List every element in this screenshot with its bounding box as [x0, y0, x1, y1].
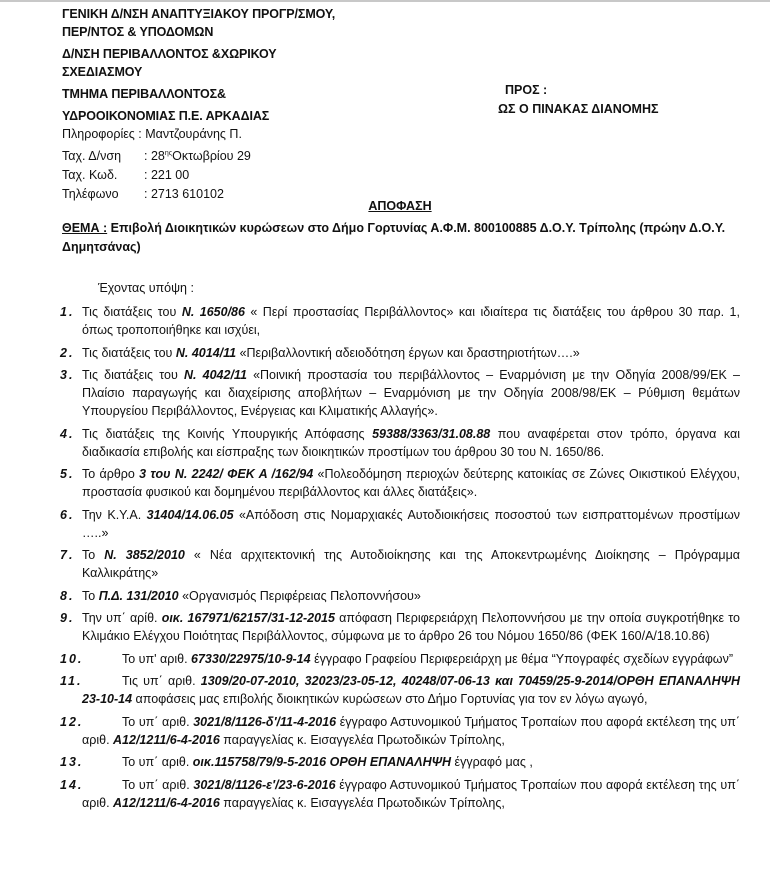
list-item: 5.Το άρθρο 3 του Ν. 2242/ ΦΕΚ Α /162/94 …	[60, 465, 740, 501]
top-border	[0, 0, 770, 2]
subject-line: ΘΕΜΑ : Επιβολή Διοικητικών κυρώσεων στο …	[62, 219, 742, 257]
list-item: 6.Την Κ.Υ.Α. 31404/14.06.05 «Απόδοση στι…	[60, 506, 740, 542]
item-text-run: Το	[82, 548, 104, 562]
considerations-intro: Έχοντας υπόψη :	[98, 281, 194, 295]
item-text: Το Ν. 3852/2010 « Νέα αρχιτεκτονική της …	[82, 546, 740, 582]
considerations-list: 1.Τις διατάξεις του Ν. 1650/86 « Περί πρ…	[60, 303, 740, 816]
org-line: ΣΧΕΔΙΑΣΜΟΥ	[62, 63, 422, 81]
recipient-value: ΩΣ Ο ΠΙΝΑΚΑΣ ΔΙΑΝΟΜΗΣ	[498, 100, 659, 119]
issuing-authority: ΓΕΝΙΚΗ Δ/ΝΣΗ ΑΝΑΠΤΥΞΙΑΚΟΥ ΠΡΟΓΡ/ΣΜΟΥ, ΠΕ…	[62, 5, 422, 204]
legal-reference: 3 του Ν. 2242/ ΦΕΚ Α /162/94	[139, 467, 313, 481]
info-label: Πληροφορίες :	[62, 127, 142, 141]
item-text: Το υπ' αριθ. 67330/22975/10-9-14 έγγραφο…	[82, 650, 740, 668]
address-label: Ταχ. Δ/νση	[62, 147, 144, 166]
item-text: Το υπ΄ αριθ. οικ.115758/79/9-5-2016 ΟΡΘΗ…	[82, 753, 740, 771]
postcode-value: : 221 00	[144, 168, 189, 182]
item-text-run: «Περιβαλλοντική αδειοδότηση έργων και δρ…	[236, 346, 580, 360]
item-text-run: Τις υπ΄ αριθ.	[122, 674, 201, 688]
list-item: 1.Τις διατάξεις του Ν. 1650/86 « Περί πρ…	[60, 303, 740, 339]
item-text: Τις διατάξεις του Ν. 4042/11 «Ποινική πρ…	[82, 366, 740, 420]
org-line: ΠΕΡ/ΝΤΟΣ & ΥΠΟΔΟΜΩΝ	[62, 23, 422, 41]
list-item: 14.Το υπ΄ αριθ. 3021/8/1126-ε′/23-6-2016…	[60, 776, 740, 812]
postcode-label: Ταχ. Κωδ.	[62, 166, 144, 185]
legal-reference: 31404/14.06.05	[147, 508, 234, 522]
list-item: 8.Το Π.Δ. 131/2010 «Οργανισμός Περιφέρει…	[60, 587, 740, 605]
item-text-run: Το άρθρο	[82, 467, 139, 481]
item-number: 14.	[60, 776, 83, 794]
item-text-run: Τις διατάξεις του	[82, 346, 176, 360]
item-text: Το υπ΄ αριθ. 3021/8/1126-ε′/23-6-2016 έγ…	[82, 776, 740, 812]
item-number: 6.	[60, 506, 74, 524]
postcode-row: Ταχ. Κωδ.: 221 00	[62, 166, 422, 185]
item-text: Την Κ.Υ.Α. 31404/14.06.05 «Απόδοση στις …	[82, 506, 740, 542]
item-number: 7.	[60, 546, 74, 564]
item-text-run: Το	[82, 589, 99, 603]
legal-reference: 3021/8/1126-δ′/11-4-2016	[193, 715, 336, 729]
item-number: 10.	[60, 650, 83, 668]
item-text-run: Τις διατάξεις του	[82, 368, 184, 382]
item-text-run: Τις διατάξεις της Κοινής Υπουργικής Απόφ…	[82, 427, 372, 441]
item-number: 2.	[60, 344, 74, 362]
item-number: 11.	[60, 672, 82, 690]
list-item: 2.Τις διατάξεις του Ν. 4014/11 «Περιβαλλ…	[60, 344, 740, 362]
item-number: 4.	[60, 425, 74, 443]
item-number: 8.	[60, 587, 74, 605]
item-text-run: Το υπ' αριθ.	[122, 652, 191, 666]
item-text-run: Τις διατάξεις του	[82, 305, 182, 319]
contact-info: Πληροφορίες : Μαντζουράνης Π. Ταχ. Δ/νση…	[62, 125, 422, 204]
subject-text: Επιβολή Διοικητικών κυρώσεων στο Δήμο Γο…	[62, 221, 725, 254]
org-line: ΓΕΝΙΚΗ Δ/ΝΣΗ ΑΝΑΠΤΥΞΙΑΚΟΥ ΠΡΟΓΡ/ΣΜΟΥ,	[62, 5, 422, 23]
item-text-run: Το υπ΄ αριθ.	[122, 755, 193, 769]
item-number: 3.	[60, 366, 74, 384]
item-text: Τις διατάξεις του Ν. 4014/11 «Περιβαλλον…	[82, 344, 740, 362]
list-item: 4.Τις διατάξεις της Κοινής Υπουργικής Απ…	[60, 425, 740, 461]
item-text-run: Το υπ΄ αριθ.	[122, 778, 193, 792]
list-item: 3.Τις διατάξεις του Ν. 4042/11 «Ποινική …	[60, 366, 740, 420]
legal-reference: 3021/8/1126-ε′/23-6-2016	[193, 778, 335, 792]
list-item: 9.Την υπ΄ αρίθ. οικ. 167971/62157/31-12-…	[60, 609, 740, 645]
legal-reference: Α12/1211/6-4-2016	[113, 733, 220, 747]
legal-reference: Ν. 4014/11	[176, 346, 236, 360]
list-item: 12.Το υπ΄ αριθ. 3021/8/1126-δ′/11-4-2016…	[60, 713, 740, 749]
item-text: Το Π.Δ. 131/2010 «Οργανισμός Περιφέρειας…	[82, 587, 740, 605]
item-text-run: Την Κ.Υ.Α.	[82, 508, 147, 522]
item-number: 13.	[60, 753, 83, 771]
org-line: Δ/ΝΣΗ ΠΕΡΙΒΑΛΛΟΝΤΟΣ &ΧΩΡΙΚΟΥ	[62, 45, 422, 63]
list-item: 10.Το υπ' αριθ. 67330/22975/10-9-14 έγγρ…	[60, 650, 740, 668]
subject-label: ΘΕΜΑ :	[62, 221, 107, 235]
legal-reference: Ν. 4042/11	[184, 368, 247, 382]
legal-reference: Α12/1211/6-4-2016	[113, 796, 220, 810]
item-text-run: έγγραφό μας ,	[451, 755, 533, 769]
org-line: ΥΔΡΟΟΙΚΟΝΟΜΙΑΣ Π.Ε. ΑΡΚΑΔΙΑΣ	[62, 107, 422, 125]
item-text-run: αποφάσεις μας επιβολής διοικητικών κυρώσ…	[132, 692, 647, 706]
item-number: 9.	[60, 609, 74, 627]
item-text-run: παραγγελίας κ. Εισαγγελέα Πρωτοδικών Τρί…	[220, 733, 505, 747]
item-text: Τις διατάξεις του Ν. 1650/86 « Περί προσ…	[82, 303, 740, 339]
info-row: Πληροφορίες : Μαντζουράνης Π.	[62, 125, 422, 144]
legal-reference: Ν. 1650/86	[182, 305, 245, 319]
legal-reference: οικ. 167971/62157/31-12-2015	[162, 611, 335, 625]
legal-reference: οικ.115758/79/9-5-2016 ΟΡΘΗ ΕΠΑΝΑΛΗΨΗ	[193, 755, 451, 769]
list-item: 7.Το Ν. 3852/2010 « Νέα αρχιτεκτονική τη…	[60, 546, 740, 582]
item-text: Το άρθρο 3 του Ν. 2242/ ΦΕΚ Α /162/94 «Π…	[82, 465, 740, 501]
address-row: Ταχ. Δ/νση: 28ηςΟκτωβρίου 29	[62, 144, 422, 166]
item-text-run: Το υπ΄ αριθ.	[122, 715, 193, 729]
info-value: Μαντζουράνης Π.	[145, 127, 242, 141]
item-text-run: έγγραφο Γραφείου Περιφερειάρχη με θέμα “…	[311, 652, 733, 666]
item-text: Το υπ΄ αριθ. 3021/8/1126-δ′/11-4-2016 έγ…	[82, 713, 740, 749]
legal-reference: Π.Δ. 131/2010	[99, 589, 179, 603]
list-item: 13.Το υπ΄ αριθ. οικ.115758/79/9-5-2016 Ο…	[60, 753, 740, 771]
item-text: Την υπ΄ αρίθ. οικ. 167971/62157/31-12-20…	[82, 609, 740, 645]
address-prefix: : 28	[144, 149, 165, 163]
document-title: ΑΠΟΦΑΣΗ	[0, 199, 770, 213]
legal-reference: Ν. 3852/2010	[104, 548, 185, 562]
org-line: ΤΜΗΜΑ ΠΕΡΙΒΑΛΛΟΝΤΟΣ&	[62, 85, 422, 103]
item-text: Τις υπ΄ αριθ. 1309/20-07-2010, 32023/23-…	[82, 672, 740, 708]
item-number: 12.	[60, 713, 83, 731]
item-text-run: παραγγελίας κ. Εισαγγελέα Πρωτοδικών Τρί…	[220, 796, 505, 810]
item-text: Τις διατάξεις της Κοινής Υπουργικής Απόφ…	[82, 425, 740, 461]
legal-reference: 67330/22975/10-9-14	[191, 652, 311, 666]
recipient-block: ΠΡΟΣ : ΩΣ Ο ΠΙΝΑΚΑΣ ΔΙΑΝΟΜΗΣ	[505, 81, 659, 119]
item-number: 5.	[60, 465, 74, 483]
address-rest: Οκτωβρίου 29	[172, 149, 251, 163]
item-text-run: «Οργανισμός Περιφέρειας Πελοποννήσου»	[179, 589, 421, 603]
legal-reference: 59388/3363/31.08.88	[372, 427, 490, 441]
list-item: 11.Τις υπ΄ αριθ. 1309/20-07-2010, 32023/…	[60, 672, 740, 708]
item-text-run: Την υπ΄ αρίθ.	[82, 611, 162, 625]
recipient-label: ΠΡΟΣ :	[505, 81, 659, 100]
item-number: 1.	[60, 303, 74, 321]
